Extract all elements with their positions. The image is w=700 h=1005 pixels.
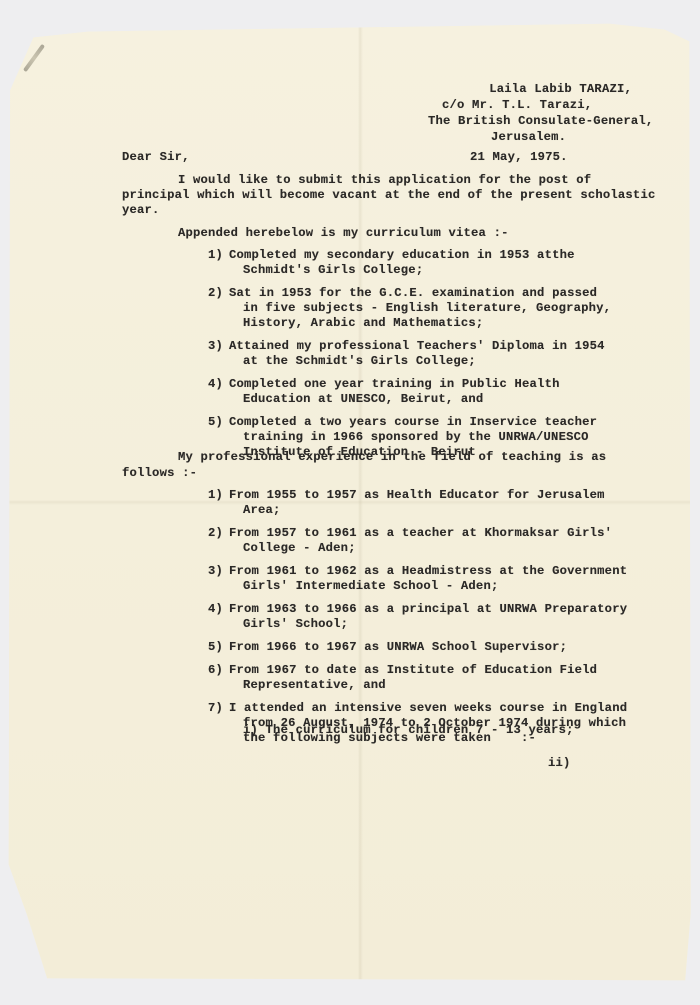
cv-item-line: Schmidt's Girls College; — [243, 263, 423, 278]
experience-item-line: Girls' Intermediate School - Aden; — [243, 579, 498, 594]
cv-item-line: Education at UNESCO, Beirut, and — [243, 392, 483, 407]
sender-name: Laila Labib TARAZI, — [0, 82, 632, 97]
salutation: Dear Sir, — [122, 150, 190, 165]
experience-item-line: From 1967 to date as Institute of Educat… — [229, 663, 597, 678]
experience-item-line: From 1961 to 1962 as a Headmistress at t… — [229, 564, 627, 579]
intro-line-3: year. — [122, 203, 160, 218]
cv-item-number: 3) — [208, 339, 223, 354]
intro-line-2: principal which will become vacant at th… — [122, 188, 655, 203]
experience-item-line: From 1955 to 1957 as Health Educator for… — [229, 488, 605, 503]
staple-mark — [23, 44, 45, 72]
experience-item-line: From 1963 to 1966 as a principal at UNRW… — [229, 602, 627, 617]
letter-date: 21 May, 1975. — [470, 150, 568, 165]
cv-item-line: History, Arabic and Mathematics; — [243, 316, 483, 331]
continuation-marker: ii) — [548, 756, 571, 771]
experience-item-line: Girls' School; — [243, 617, 348, 632]
sender-organization: The British Consulate-General, — [428, 114, 653, 129]
experience-item-line: Area; — [243, 503, 281, 518]
cv-item-number: 4) — [208, 377, 223, 392]
cv-item-line: at the Schmidt's Girls College; — [243, 354, 476, 369]
experience-item-line: College - Aden; — [243, 541, 356, 556]
cv-item-number: 1) — [208, 248, 223, 263]
cv-item-line: training in 1966 sponsored by the UNRWA/… — [243, 430, 589, 445]
experience-item-number: 6) — [208, 663, 223, 678]
experience-item-number: 3) — [208, 564, 223, 579]
experience-item-number: 7) — [208, 701, 223, 716]
cv-item-line: Completed a two years course in Inservic… — [229, 415, 597, 430]
intro-line-1: I would like to submit this application … — [178, 173, 591, 188]
cv-item-line: in five subjects - English literature, G… — [243, 301, 611, 316]
cv-item-line: Completed one year training in Public He… — [229, 377, 560, 392]
sender-city: Jerusalem. — [491, 130, 566, 145]
experience-heading-line-2: follows :- — [122, 466, 197, 481]
experience-item-line: Representative, and — [243, 678, 386, 693]
experience-heading-line-1: My professional experience in the field … — [178, 450, 606, 465]
experience-item-number: 4) — [208, 602, 223, 617]
experience-item-number: 1) — [208, 488, 223, 503]
experience-item-number: 2) — [208, 526, 223, 541]
experience-item-line: I attended an intensive seven weeks cour… — [229, 701, 627, 716]
experience-item-line: From 1966 to 1967 as UNRWA School Superv… — [229, 640, 567, 655]
cv-item-line: Completed my secondary education in 1953… — [229, 248, 575, 263]
experience-item-number: 5) — [208, 640, 223, 655]
course-subject-item: i) The curriculum for children 7 - 13 ye… — [243, 723, 574, 738]
cv-item-number: 5) — [208, 415, 223, 430]
cv-item-line: Attained my professional Teachers' Diplo… — [229, 339, 605, 354]
experience-item-line: From 1957 to 1961 as a teacher at Khorma… — [229, 526, 612, 541]
sender-care-of: c/o Mr. T.L. Tarazi, — [442, 98, 592, 113]
cv-item-number: 2) — [208, 286, 223, 301]
cv-item-line: Sat in 1953 for the G.C.E. examination a… — [229, 286, 597, 301]
cv-heading: Appended herebelow is my curriculum vite… — [178, 226, 509, 241]
